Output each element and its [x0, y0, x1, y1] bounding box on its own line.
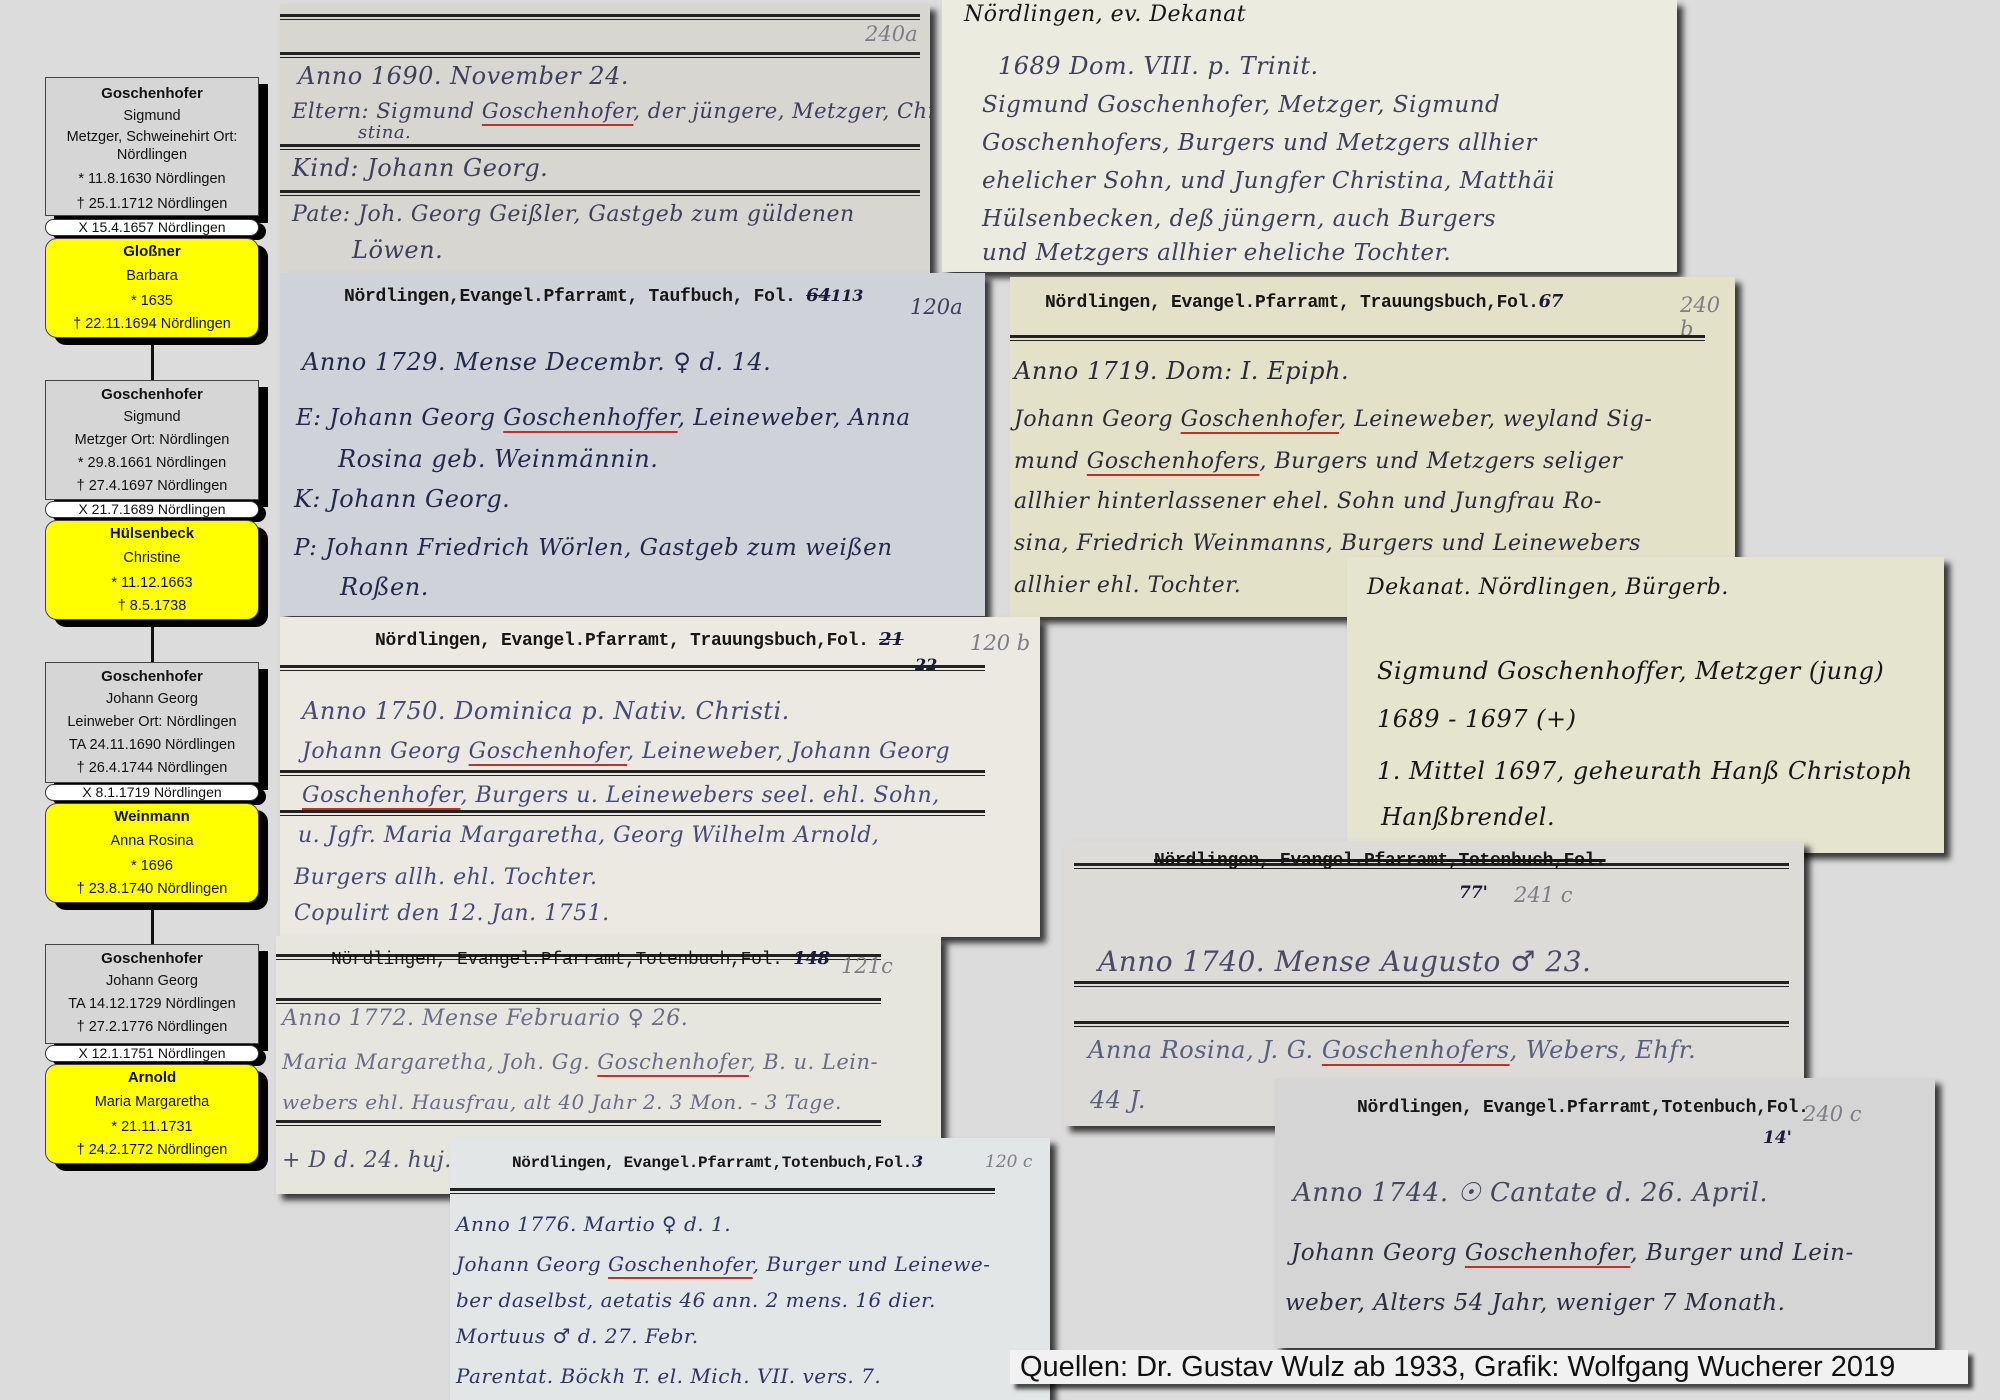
entry-line: webers ehl. Hausfrau, alt 40 Jahr 2. 3 M… [282, 1090, 842, 1114]
surname-highlight: Goschenhoffer [503, 405, 677, 431]
birth-date: * 1635 [46, 289, 258, 314]
surname-highlight: Goschenhofer [482, 99, 634, 123]
person-box-wife[interactable]: Hülsenbeck Christine * 11.12.1663 † 8.5.… [45, 520, 259, 620]
card-header: Nördlingen, ev. Dekanat [964, 2, 1246, 27]
surname-highlight: Goschenhofer [302, 783, 460, 808]
descent-line [151, 902, 154, 944]
card-rule [1074, 981, 1789, 987]
folio-number: 148 [793, 948, 830, 969]
entry-line: P: Johann Friedrich Wörlen, Gastgeb zum … [294, 535, 893, 561]
folio-number: 67 [1539, 291, 1563, 312]
entry-line: Anno 1772. Mense Februario ♀ 26. [282, 1006, 688, 1031]
header-text: Nördlingen, Evangel.Pfarramt,Totenbuch,F… [331, 950, 783, 970]
card-header: Nördlingen, Evangel.Pfarramt,Totenbuch,F… [1357, 1098, 1809, 1118]
entry-line: Anno 1729. Mense Decembr. ♀ d. 14. [302, 348, 771, 376]
entry-line: allhier ehl. Tochter. [1014, 573, 1241, 598]
marriage-label: X 8.1.1719 Nördlingen [45, 784, 259, 801]
surname: Goschenhofer [46, 383, 258, 406]
header-text: Nördlingen, Evangel.Pfarramt, Trauungsbu… [375, 631, 869, 651]
birth-date: * 1696 [46, 854, 258, 879]
card-header: Nördlingen, Evangel.Pfarramt, Trauungsbu… [1045, 291, 1563, 313]
person-box-wife[interactable]: Arnold Maria Margaretha * 21.11.1731 † 2… [45, 1064, 259, 1164]
header-text: Nördlingen,Evangel.Pfarramt, Taufbuch, F… [344, 287, 796, 307]
entry-line: u. Jgfr. Maria Margaretha, Georg Wilhelm… [298, 823, 879, 848]
record-card-burial-1744[interactable]: Nördlingen, Evangel.Pfarramt,Totenbuch,F… [1275, 1078, 1935, 1348]
surname-highlight: Goschenhofer [1181, 407, 1339, 432]
surname-highlight: Goschenhofer [597, 1050, 749, 1074]
card-header: Nördlingen, Evangel.Pfarramt,Totenbuch,F… [331, 948, 830, 970]
entry-line: 1. Mittel 1697, geheurath Hanß Christoph [1377, 757, 1913, 785]
folio-number: 113 [831, 286, 864, 305]
entry-line: sina, Friedrich Weinmanns, Burgers und L… [1014, 531, 1641, 556]
entry-line: allhier hinterlassener ehel. Sohn und Ju… [1014, 489, 1602, 514]
entry-line: Anno 1740. Mense Augusto ♂ 23. [1098, 945, 1591, 978]
given-name: Anna Rosina [46, 829, 258, 854]
card-rule [280, 144, 920, 150]
birth-date: * 29.8.1661 Nördlingen [46, 452, 258, 475]
entry-line: ber daselbst, aetatis 46 ann. 2 mens. 16… [456, 1288, 936, 1312]
card-reference: 120 b [970, 631, 1030, 655]
card-reference: 120 c [985, 1152, 1032, 1172]
entry-line: Anno 1719. Dom: I. Epiph. [1014, 357, 1349, 385]
surname-highlight: Goschenhofers [1087, 449, 1260, 474]
surname: Hülsenbeck [46, 521, 258, 546]
header-text: Nördlingen, Evangel.Pfarramt, Trauungsbu… [1045, 293, 1539, 313]
card-reference: 120a [910, 295, 963, 319]
death-date: † 23.8.1740 Nördlingen [46, 879, 258, 899]
entry-line: Anno 1690. November 24. [298, 62, 629, 90]
death-date: † 22.11.1694 Nördlingen [46, 314, 258, 334]
card-rule [276, 1120, 881, 1126]
entry-line: Roßen. [340, 573, 429, 601]
card-header: Nördlingen, Evangel.Pfarramt,Totenbuch,F… [1154, 851, 1606, 871]
birth-date: * 11.8.1630 Nördlingen [46, 167, 258, 192]
entry-line: Johann Georg Goschenhofer, Burger und Le… [456, 1252, 990, 1276]
person-box-husband[interactable]: Goschenhofer Johann Georg Leinweber Ort:… [45, 662, 259, 783]
surname: Goschenhofer [46, 665, 258, 688]
surname-highlight: Goschenhofer [1465, 1240, 1630, 1266]
card-rule [280, 810, 985, 816]
descent-line [151, 338, 154, 380]
occupation: Metzger Ort: Nördlingen [46, 429, 258, 452]
surname: Arnold [46, 1065, 258, 1090]
card-rule [1074, 1021, 1789, 1027]
card-header: Nördlingen, Evangel.Pfarramt,Totenbuch,F… [512, 1152, 923, 1172]
death-date: † 27.2.1776 Nördlingen [46, 1016, 258, 1039]
entry-line: ehelicher Sohn, und Jungfer Christina, M… [982, 168, 1555, 194]
card-reference: 240 c [1803, 1102, 1862, 1126]
person-box-husband[interactable]: Goschenhofer Johann Georg TA 14.12.1729 … [45, 944, 259, 1044]
folio-number: 14' [1763, 1128, 1792, 1148]
death-date: † 25.1.1712 Nördlingen [46, 192, 258, 217]
record-card-baptism-1729[interactable]: Nördlingen,Evangel.Pfarramt, Taufbuch, F… [280, 273, 985, 616]
entry-line: Mortuus ♂ d. 27. Febr. [456, 1324, 699, 1348]
entry-line: Sigmund Goschenhofer, Metzger, Sigmund [982, 92, 1500, 118]
entry-line: Johann Georg Goschenhofer, Leineweber, J… [302, 739, 950, 764]
marriage-label: X 21.7.1689 Nördlingen [45, 501, 259, 518]
baptism-date: TA 24.11.1690 Nördlingen [46, 734, 258, 757]
surname-highlight: Goschenhofer [608, 1252, 753, 1276]
card-reference: 241 c [1514, 883, 1573, 907]
entry-line: Burgers allh. ehl. Tochter. [294, 865, 597, 890]
record-card-marriage-1750[interactable]: Nördlingen, Evangel.Pfarramt, Trauungsbu… [280, 617, 1040, 937]
card-rule [1010, 335, 1705, 341]
death-date: † 26.4.1744 Nördlingen [46, 757, 258, 780]
descent-line [151, 620, 154, 662]
entry-line: 1689 Dom. VIII. p. Trinit. [998, 52, 1319, 80]
given-name: Barbara [46, 264, 258, 289]
record-card-baptism-1690[interactable]: 240a Anno 1690. November 24. Eltern: Sig… [280, 4, 930, 274]
family-tree: Goschenhofer Sigmund Metzger, Schweinehi… [0, 0, 280, 1400]
entry-line: Hülsenbecken, deß jüngern, auch Burgers [982, 206, 1496, 232]
record-card-register-note[interactable]: Dekanat. Nördlingen, Bürgerb. Sigmund Go… [1347, 557, 1944, 853]
surname: Goschenhofer [46, 947, 258, 970]
entry-line: E: Johann Georg Goschenhoffer, Leinewebe… [296, 405, 911, 431]
header-text: Nördlingen, Evangel.Pfarramt,Totenbuch,F… [512, 1154, 912, 1172]
surname-highlight: Goschenhofers [1322, 1036, 1510, 1064]
given-name: Christine [46, 546, 258, 571]
entry-line: Kind: Johann Georg. [292, 154, 548, 182]
card-rule [280, 665, 985, 671]
card-rule [450, 1188, 995, 1194]
card-rule [276, 998, 881, 1004]
entry-line: Sigmund Goschenhoffer, Metzger (jung) [1377, 657, 1884, 685]
entry-line: K: Johann Georg. [294, 485, 510, 513]
entry-line: Johann Georg Goschenhofer, Leineweber, w… [1014, 407, 1652, 432]
occupation: Metzger, Schweinehirt Ort: Nördlingen [46, 126, 258, 167]
entry-line: 44 J. [1090, 1086, 1146, 1114]
entry-line: Löwen. [352, 236, 443, 264]
card-reference: 121c [841, 954, 893, 978]
card-rule [280, 190, 920, 196]
entry-line: Anna Rosina, J. G. Goschenhofers, Webers… [1088, 1036, 1696, 1064]
surname: Weinmann [46, 804, 258, 829]
entry-line: Parentat. Böckh T. el. Mich. VII. vers. … [456, 1364, 881, 1388]
birth-date: * 21.11.1731 [46, 1115, 258, 1140]
entry-line: Eltern: Sigmund Goschenhofer, der jünger… [292, 99, 930, 123]
person-box-wife[interactable]: Gloßner Barbara * 1635 † 22.11.1694 Nörd… [45, 238, 259, 338]
entry-line: stina. [358, 122, 411, 143]
entry-line: Copulirt den 12. Jan. 1751. [294, 901, 610, 926]
card-reference: 240 b [1680, 293, 1735, 341]
birth-date: * 11.12.1663 [46, 571, 258, 596]
person-box-husband[interactable]: Goschenhofer Sigmund Metzger, Schweinehi… [45, 77, 259, 216]
surname-highlight: Goschenhofer [469, 739, 627, 764]
card-header: Dekanat. Nördlingen, Bürgerb. [1367, 575, 1729, 600]
surname: Gloßner [46, 239, 258, 264]
entry-line: Goschenhofer, Burgers u. Leinewebers see… [302, 783, 940, 808]
entry-line: Rosina geb. Weinmännin. [338, 445, 658, 473]
baptism-date: TA 14.12.1729 Nördlingen [46, 993, 258, 1016]
given-name: Maria Margaretha [46, 1090, 258, 1115]
entry-line: Anno 1744. ☉ Cantate d. 26. April. [1293, 1178, 1768, 1208]
person-box-wife[interactable]: Weinmann Anna Rosina * 1696 † 23.8.1740 … [45, 803, 259, 903]
entry-line: weber, Alters 54 Jahr, weniger 7 Monath. [1285, 1290, 1785, 1316]
entry-line: Maria Margaretha, Joh. Gg. Goschenhofer,… [282, 1050, 878, 1074]
card-reference: 240a [865, 22, 918, 46]
occupation: Leinweber Ort: Nördlingen [46, 711, 258, 734]
source-caption: Quellen: Dr. Gustav Wulz ab 1933, Grafik… [1010, 1350, 1968, 1384]
given-name: Johann Georg [46, 970, 258, 993]
entry-line: Anno 1776. Martio ♀ d. 1. [456, 1212, 731, 1236]
record-card-burial-1776[interactable]: Nördlingen, Evangel.Pfarramt,Totenbuch,F… [450, 1138, 1050, 1400]
card-rule [280, 14, 920, 20]
card-header: Nördlingen,Evangel.Pfarramt, Taufbuch, F… [344, 285, 863, 307]
folio-number: 3 [912, 1152, 923, 1171]
death-date: † 8.5.1738 [46, 596, 258, 616]
card-rule [280, 52, 920, 58]
entry-line: Pate: Joh. Georg Geißler, Gastgeb zum gü… [292, 202, 855, 227]
entry-line: + D d. 24. huj. [282, 1148, 452, 1173]
marriage-label: X 12.1.1751 Nördlingen [45, 1045, 259, 1062]
marriage-label: X 15.4.1657 Nördlingen [45, 219, 259, 236]
card-header: Nördlingen, Evangel.Pfarramt, Trauungsbu… [375, 629, 904, 651]
entry-line: Anno 1750. Dominica p. Nativ. Christi. [302, 697, 790, 725]
entry-line: 1689 - 1697 (+) [1377, 705, 1577, 733]
death-date: † 27.4.1697 Nördlingen [46, 475, 258, 498]
entry-line: und Metzgers allhier eheliche Tochter. [982, 240, 1451, 266]
person-box-husband[interactable]: Goschenhofer Sigmund Metzger Ort: Nördli… [45, 380, 259, 500]
folio-struck: 21 [879, 629, 903, 650]
death-date: † 24.2.1772 Nördlingen [46, 1140, 258, 1160]
entry-line: Johann Georg Goschenhofer, Burger und Le… [1291, 1240, 1854, 1266]
surname: Goschenhofer [46, 81, 258, 106]
given-name: Johann Georg [46, 688, 258, 711]
entry-line: mund Goschenhofers, Burgers und Metzgers… [1014, 449, 1623, 474]
record-card-marriage-1689[interactable]: Nördlingen, ev. Dekanat 1689 Dom. VIII. … [942, 0, 1677, 272]
folio-struck: 64 [806, 285, 830, 306]
folio-number: 77' [1459, 883, 1488, 903]
entry-line: Hanßbrendel. [1381, 803, 1555, 831]
given-name: Sigmund [46, 406, 258, 429]
card-rule [280, 770, 985, 776]
given-name: Sigmund [46, 106, 258, 126]
entry-line: Goschenhofers, Burgers und Metzgers allh… [982, 130, 1537, 156]
